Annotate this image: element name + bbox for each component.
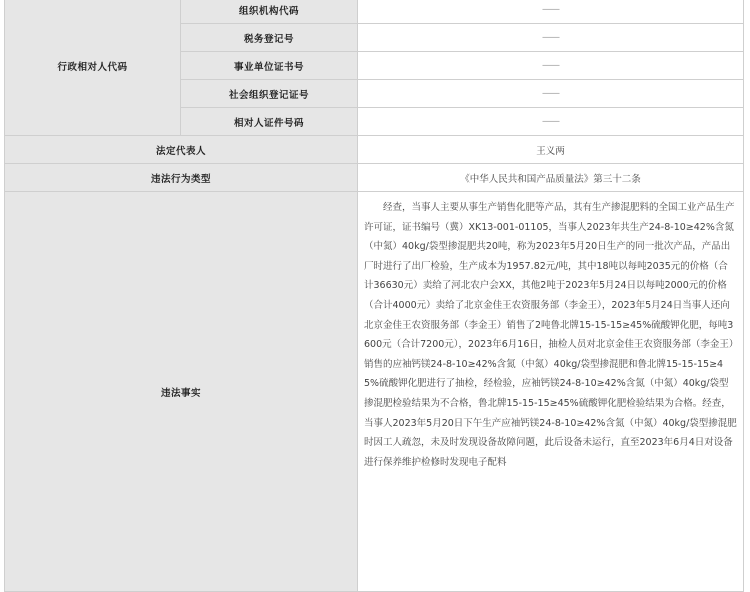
counterparty-code-group-label: 行政相对人代码 bbox=[5, 0, 181, 136]
social-org-registration-value: —— bbox=[358, 80, 744, 108]
counterparty-id-value: —— bbox=[358, 108, 744, 136]
row-violation-type: 违法行为类型 《中华人民共和国产品质量法》第三十二条 bbox=[5, 164, 744, 192]
row-legal-representative: 法定代表人 王义两 bbox=[5, 136, 744, 164]
tax-registration-label: 税务登记号 bbox=[181, 24, 358, 52]
legal-representative-value: 王义两 bbox=[358, 136, 744, 164]
tax-registration-value: —— bbox=[358, 24, 744, 52]
violation-type-label: 违法行为类型 bbox=[5, 164, 358, 192]
org-code-label: 组织机构代码 bbox=[181, 0, 358, 24]
violation-type-value: 《中华人民共和国产品质量法》第三十二条 bbox=[358, 164, 744, 192]
violation-facts-label: 违法事实 bbox=[5, 192, 358, 501]
administrative-penalty-info-table: 行政相对人代码 组织机构代码 —— 税务登记号 —— 事业单位证书号 —— 社会… bbox=[4, 0, 744, 500]
counterparty-id-label: 相对人证件号码 bbox=[181, 108, 358, 136]
institution-cert-value: —— bbox=[358, 52, 744, 80]
row-org-code: 行政相对人代码 组织机构代码 —— bbox=[5, 0, 744, 24]
violation-facts-value: 经查，当事人主要从事生产销售化肥等产品，其有生产掺混肥料的全国工业产品生产许可证… bbox=[358, 192, 744, 501]
row-violation-facts: 违法事实 经查，当事人主要从事生产销售化肥等产品，其有生产掺混肥料的全国工业产品… bbox=[5, 192, 744, 501]
institution-cert-label: 事业单位证书号 bbox=[181, 52, 358, 80]
org-code-value: —— bbox=[358, 0, 744, 24]
legal-representative-label: 法定代表人 bbox=[5, 136, 358, 164]
social-org-registration-label: 社会组织登记证号 bbox=[181, 80, 358, 108]
